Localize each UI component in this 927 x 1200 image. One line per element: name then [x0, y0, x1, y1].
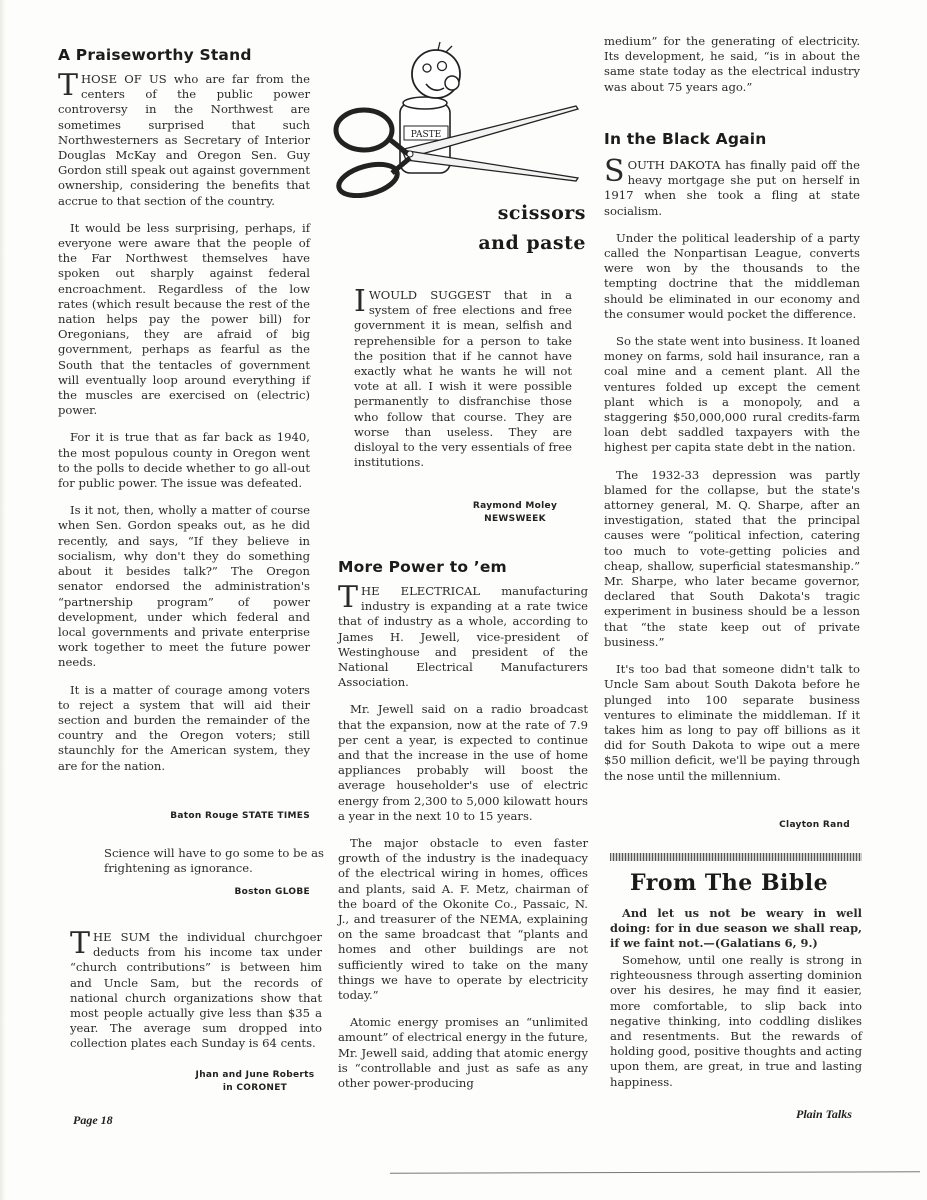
article-church-sum: THE SUM the individual churchgoer deduct… — [70, 930, 322, 1052]
scissors-and-paste-illustration: PASTE — [330, 28, 600, 198]
credit-baton-rouge: Baton Rouge STATE TIMES — [58, 811, 310, 821]
drop-cap: T — [70, 932, 90, 956]
paragraph: THE SUM the individual churchgoer deduct… — [70, 930, 322, 1052]
paragraph: Somehow, until one really is strong in r… — [610, 953, 862, 1090]
science-quote: Science will have to go some to be as fr… — [104, 846, 324, 876]
paragraph: The 1932-33 depression was partly blamed… — [604, 468, 860, 650]
paragraph: It is a matter of courage among voters t… — [58, 683, 310, 774]
headline-praiseworthy-stand: A Praiseworthy Stand — [58, 46, 252, 64]
scissors-paste-icon: PASTE — [330, 28, 600, 198]
section-title-scissors: scissors — [440, 202, 586, 224]
section-title-from-the-bible: From The Bible — [630, 870, 828, 896]
paragraph: Is it not, then, wholly a matter of cour… — [58, 503, 310, 670]
article-praiseworthy-stand: THOSE OF US who are far from the centers… — [58, 72, 310, 774]
article-more-power-continued: medium” for the generating of electricit… — [604, 34, 860, 95]
paragraph: Under the political leadership of a part… — [604, 231, 860, 322]
article-from-the-bible: And let us not be weary in well doing: f… — [610, 906, 862, 1090]
section-title-and-paste: and paste — [440, 232, 586, 254]
headline-in-the-black-again: In the Black Again — [604, 130, 767, 148]
paragraph: So the state went into business. It loan… — [604, 334, 860, 456]
credit-roberts-line1: Jhan and June Roberts — [180, 1070, 330, 1080]
paragraph: Mr. Jewell said on a radio broadcast tha… — [338, 702, 588, 824]
paragraph: THE ELECTRICAL manufacturing industry is… — [338, 584, 588, 690]
credit-clayton-rand: Clayton Rand — [604, 820, 850, 830]
article-in-the-black-again: SOUTH DAKOTA has finally paid off the he… — [604, 158, 860, 784]
credit-boston-globe: Boston GLOBE — [58, 887, 310, 897]
decorative-divider — [610, 853, 862, 861]
paragraph: THOSE OF US who are far from the centers… — [58, 72, 310, 209]
quote-text: Science will have to go some to be as fr… — [104, 846, 324, 876]
paragraph: The major obstacle to even faster growth… — [338, 836, 588, 1003]
drop-cap: S — [604, 160, 625, 184]
paragraph: medium” for the generating of electricit… — [604, 34, 860, 95]
drop-cap: T — [338, 586, 358, 610]
publication-name: Plain Talks — [796, 1107, 852, 1122]
article-more-power: THE ELECTRICAL manufacturing industry is… — [338, 584, 588, 1091]
scan-edge — [0, 0, 6, 1200]
paragraph: For it is true that as far back as 1940,… — [58, 430, 310, 491]
paragraph: SOUTH DAKOTA has finally paid off the he… — [604, 158, 860, 219]
credit-roberts-line2: in CORONET — [180, 1083, 330, 1093]
drop-cap: T — [58, 74, 78, 98]
bible-verse: And let us not be weary in well doing: f… — [610, 906, 862, 951]
article-moley-quote: IWOULD SUGGEST that in a system of free … — [354, 288, 572, 470]
paragraph: It would be less surprising, perhaps, if… — [58, 221, 310, 419]
paragraph: It's too bad that someone didn't talk to… — [604, 662, 860, 784]
page-number: Page 18 — [73, 1113, 113, 1128]
bottom-rule — [390, 1171, 920, 1173]
paragraph: Atomic energy promises an “unlimited amo… — [338, 1015, 588, 1091]
credit-moley-line1: Raymond Moley — [440, 501, 590, 511]
headline-more-power: More Power to ’em — [338, 558, 507, 576]
drop-cap: I — [354, 290, 366, 314]
paragraph: IWOULD SUGGEST that in a system of free … — [354, 288, 572, 470]
svg-text:PASTE: PASTE — [411, 130, 441, 140]
credit-moley-line2: NEWSWEEK — [440, 514, 590, 524]
